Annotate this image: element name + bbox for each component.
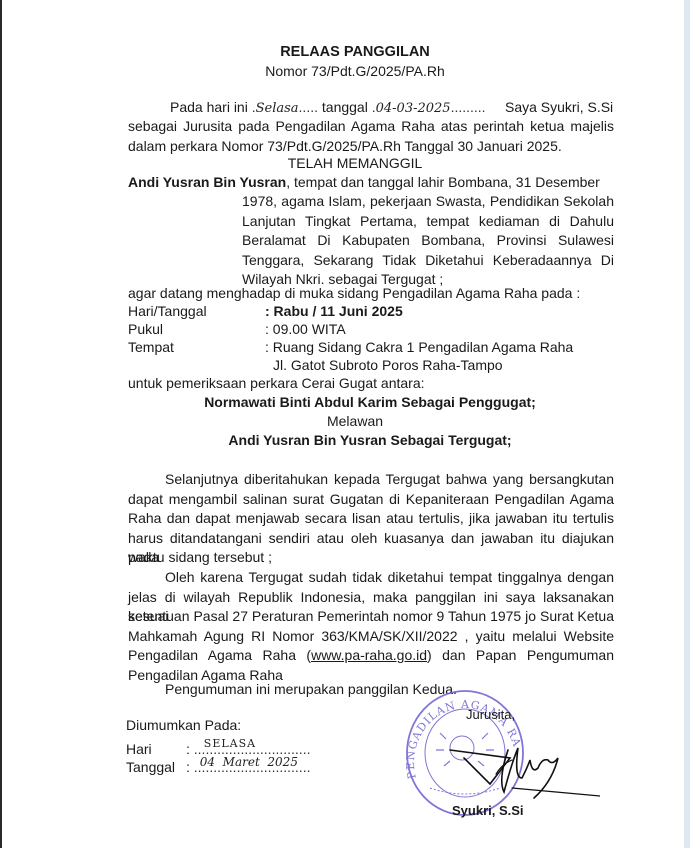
page-right-border	[684, 0, 690, 848]
handwritten-day: Selasa	[256, 101, 299, 116]
summoned-heading: TELAH MEMANGGIL	[200, 154, 510, 172]
announced-date-label: Tanggal	[126, 758, 175, 776]
document-number: Nomor 73/Pdt.G/2025/PA.Rh	[200, 62, 510, 80]
signature-role: Jurusita,	[466, 706, 515, 724]
handwritten-date: 04-03-2025	[376, 101, 451, 116]
document-title: RELAAS PANGGILAN	[200, 43, 510, 61]
intro-prefix: Pada hari ini	[170, 99, 248, 115]
defendant-first-line: Andi Yusran Bin Yusran, tempat dan tangg…	[128, 173, 614, 191]
page-left-border	[0, 0, 2, 848]
defendant-line: Andi Yusran Bin Yusran Sebagai Tergugat;	[150, 431, 590, 449]
website-link[interactable]: www.pa-raha.go.id	[311, 647, 427, 663]
intro-paragraph: sebagai Jurusita pada Pengadilan Agama R…	[128, 117, 614, 156]
defendant-details: 1978, agama Islam, pekerjaan Swasta, Pen…	[242, 192, 614, 290]
schedule-value-place: : Ruang Sidang Cakra 1 Pengadilan Agama …	[265, 338, 573, 356]
schedule-value-date: : Rabu / 11 Juni 2025	[265, 302, 403, 320]
case-text: untuk pemeriksaan perkara Cerai Gugat an…	[128, 374, 425, 392]
paragraph-notification: Selanjutnya diberitahukan kepada Terguga…	[128, 470, 614, 568]
plaintiff-line: Normawati Binti Abdul Karim Sebagai Peng…	[150, 393, 590, 411]
announced-heading: Diumumkan Pada:	[126, 716, 241, 734]
defendant-name: Andi Yusran Bin Yusran	[128, 174, 286, 190]
website-line: Pengadilan Agama Raha (www.pa-raha.go.id…	[128, 646, 614, 666]
schedule-label-place: Tempat	[128, 338, 174, 356]
schedule-label-time: Pukul	[128, 320, 163, 338]
schedule-label-date: Hari/Tanggal	[128, 302, 207, 320]
paragraph-legal-basis: Oleh karena Tergugat sudah tidak diketah…	[128, 568, 614, 685]
appear-text: agar datang menghadap di muka sidang Pen…	[128, 284, 580, 302]
intro-line-2: sebagai Jurusita pada Pengadilan Agama R…	[128, 117, 614, 137]
handwritten-announced-date: 04 Maret 2025	[200, 753, 298, 771]
announced-day-label: Hari	[126, 740, 152, 758]
schedule-value-time: : 09.00 WITA	[265, 320, 346, 338]
intro-date-label: tanggal	[322, 99, 368, 115]
svg-text:PENGADILAN AGAMA RAHA: PENGADILAN AGAMA RAHA	[400, 688, 524, 780]
signature-icon	[450, 748, 600, 798]
signatory-name: Syukri, S.Si	[452, 802, 524, 820]
versus-label: Melawan	[200, 412, 510, 430]
intro-suffix: Saya Syukri, S.Si	[505, 98, 613, 116]
schedule-place-line-2: Jl. Gatot Subroto Poros Raha-Tampo	[273, 356, 503, 374]
announced-date-field: : ..............................04 Maret…	[186, 758, 310, 776]
intro-line-1: Pada hari ini .Selasa..... tanggal .04-0…	[170, 98, 486, 118]
handwritten-announced-day: SELASA	[204, 735, 256, 753]
